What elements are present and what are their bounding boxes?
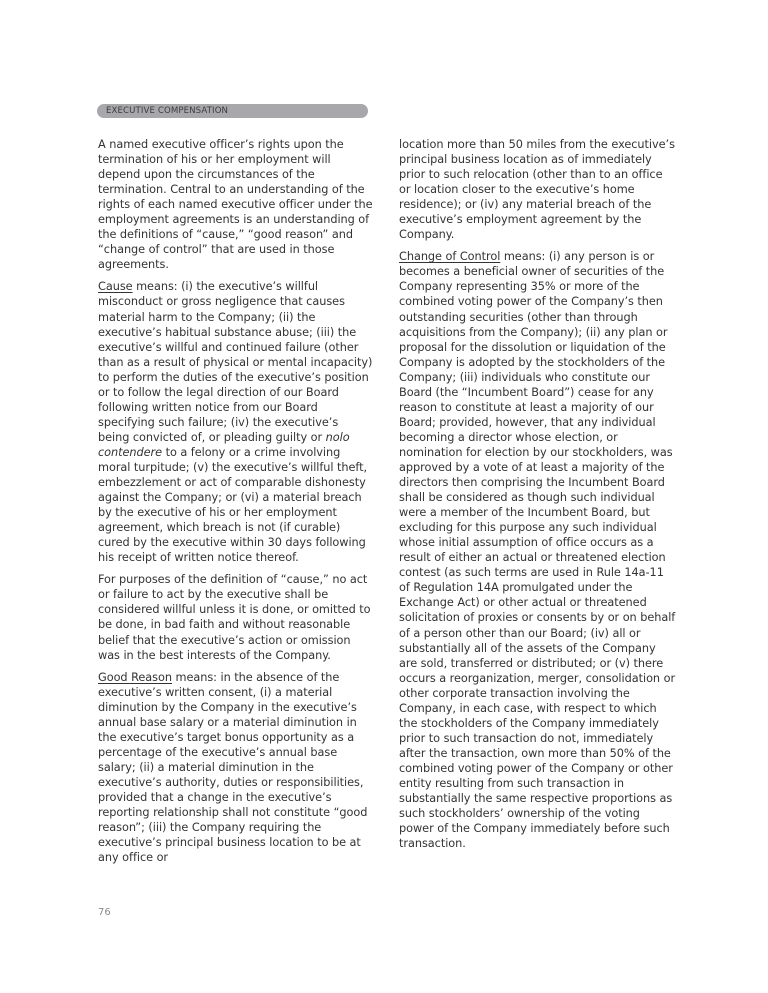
good-reason-continued: location more than 50 miles from the exe…: [399, 137, 677, 242]
cause-text-part2: to a felony or a crime involving moral t…: [98, 446, 367, 564]
change-of-control-definition: Change of Control means: (i) any person …: [399, 249, 677, 851]
good-reason-text: means: in the absence of the executive’s…: [98, 671, 367, 865]
good-reason-definition: Good Reason means: in the absence of the…: [98, 670, 373, 866]
cause-definition: Cause means: (i) the executive’s willful…: [98, 279, 373, 565]
left-column: A named executive officer’s rights upon …: [98, 137, 373, 872]
section-header-bar: EXECUTIVE COMPENSATION: [97, 104, 368, 118]
cause-purposes-paragraph: For purposes of the definition of “cause…: [98, 572, 373, 662]
change-of-control-text: means: (i) any person is or becomes a be…: [399, 250, 675, 850]
cause-text-part1: means: (i) the executive’s willful misco…: [98, 280, 372, 443]
page-number: 76: [98, 907, 111, 918]
good-reason-term: Good Reason: [98, 671, 172, 684]
cause-term: Cause: [98, 280, 133, 293]
change-of-control-term: Change of Control: [399, 250, 500, 263]
right-column: location more than 50 miles from the exe…: [399, 137, 677, 858]
intro-paragraph: A named executive officer’s rights upon …: [98, 137, 373, 272]
section-header-label: EXECUTIVE COMPENSATION: [106, 106, 228, 116]
